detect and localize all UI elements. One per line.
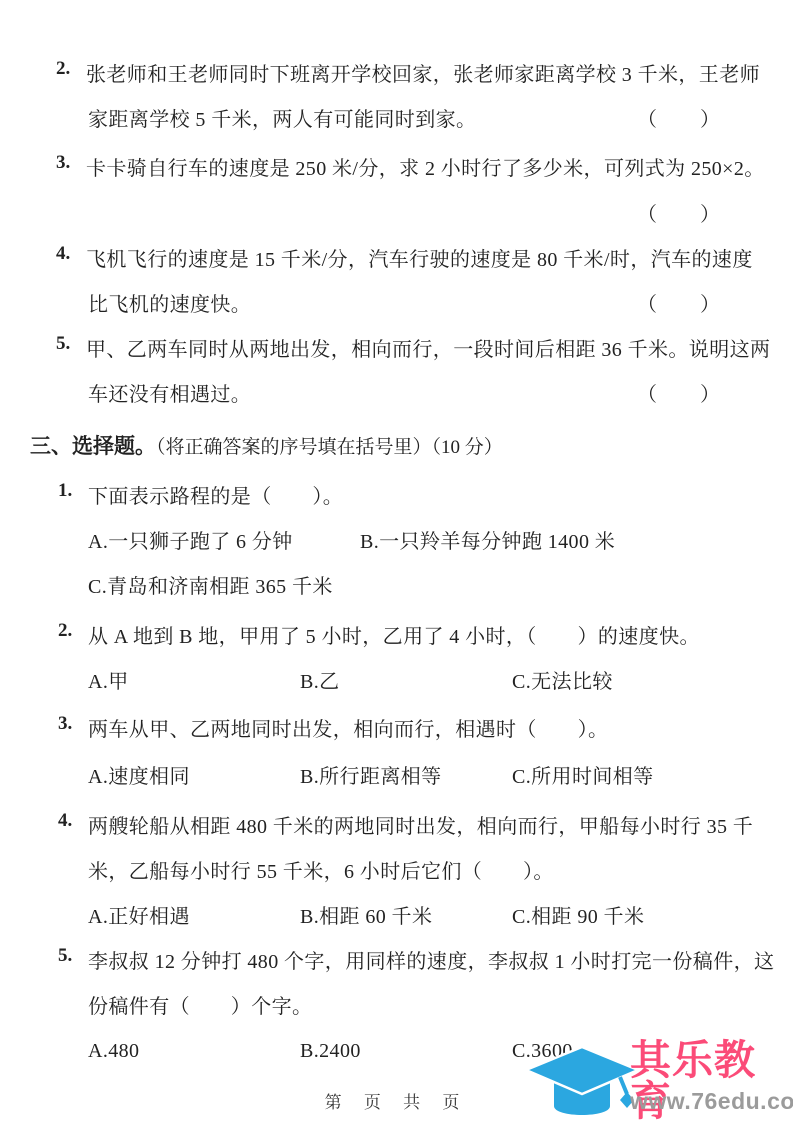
- mc-question-1: 1. 下面表示路程的是（ ）。: [0, 480, 793, 510]
- judgment-question-3-line-1: 3. 卡卡骑自行车的速度是 250 米/分，求 2 小时行了多少米，可列式为 2…: [0, 152, 793, 182]
- mc-question-1-options-row-2: C.青岛和济南相距 365 千米: [0, 570, 793, 600]
- question-text: 卡卡骑自行车的速度是 250 米/分，求 2 小时行了多少米，可列式为 250×…: [86, 152, 765, 181]
- mc-option: B.相距 60 千米: [300, 900, 432, 929]
- judgment-question-2-line-2: 家距离学校 5 千米，两人有可能同时到家。 （ ）: [0, 103, 793, 133]
- question-number: 4.: [58, 810, 72, 832]
- section-heading-row: 三、选择题。（将正确答案的序号填在括号里）（10 分）: [0, 430, 793, 460]
- judgment-question-5-line-1: 5. 甲、乙两车同时从两地出发，相向而行，一段时间后相距 36 千米。说明这两: [0, 333, 793, 363]
- question-text: 飞机飞行的速度是 15 千米/分，汽车行驶的速度是 80 千米/时，汽车的速度: [86, 243, 753, 272]
- section-heading: 三、选择题。（将正确答案的序号填在括号里）（10 分）: [30, 430, 503, 460]
- question-text: 两车从甲、乙两地同时出发，相向而行，相遇时（ ）。: [88, 713, 608, 742]
- mc-option: B.乙: [300, 665, 340, 694]
- judgment-question-5-line-2: 车还没有相遇过。 （ ）: [0, 378, 793, 408]
- question-number: 5.: [56, 333, 70, 355]
- question-number: 1.: [58, 480, 72, 502]
- judgment-question-4-line-1: 4. 飞机飞行的速度是 15 千米/分，汽车行驶的速度是 80 千米/时，汽车的…: [0, 243, 793, 273]
- question-text: 从 A 地到 B 地，甲用了 5 小时，乙用了 4 小时，（ ）的速度快。: [88, 620, 700, 649]
- worksheet-page: 2. 张老师和王老师同时下班离开学校回家，张老师家距离学校 3 千米，王老师 家…: [0, 0, 793, 1122]
- question-number: 3.: [58, 713, 72, 735]
- question-number: 3.: [56, 152, 70, 174]
- mc-option: B.一只羚羊每分钟跑 1400 米: [360, 525, 615, 554]
- judgment-question-4-line-2: 比飞机的速度快。 （ ）: [0, 288, 793, 318]
- question-text: 份稿件有（ ）个字。: [88, 990, 312, 1019]
- mc-question-5-line-2: 份稿件有（ ）个字。: [0, 990, 793, 1020]
- answer-bracket: （ ）: [637, 198, 721, 227]
- mc-option: B.2400: [300, 1040, 361, 1063]
- question-text: 米，乙船每小时行 55 千米，6 小时后它们（ ）。: [88, 855, 554, 884]
- mc-question-2-options: A.甲 B.乙 C.无法比较: [0, 665, 793, 695]
- answer-bracket: （ ）: [637, 103, 721, 132]
- mc-option: A.一只狮子跑了 6 分钟: [88, 525, 293, 554]
- question-number: 5.: [58, 945, 72, 967]
- question-text: 两艘轮船从相距 480 千米的两地同时出发，相向而行，甲船每小时行 35 千: [88, 810, 753, 839]
- mc-question-2: 2. 从 A 地到 B 地，甲用了 5 小时，乙用了 4 小时，（ ）的速度快。: [0, 620, 793, 650]
- mc-question-4-line-2: 米，乙船每小时行 55 千米，6 小时后它们（ ）。: [0, 855, 793, 885]
- section-note: （将正确答案的序号填在括号里）（10 分）: [156, 437, 503, 458]
- answer-bracket: （ ）: [637, 288, 721, 317]
- mc-option: C.所用时间相等: [512, 760, 654, 789]
- question-text: 张老师和王老师同时下班离开学校回家，张老师家距离学校 3 千米，王老师: [86, 58, 760, 87]
- mc-question-4-options: A.正好相遇 B.相距 60 千米 C.相距 90 千米: [0, 900, 793, 930]
- mc-question-5-line-1: 5. 李叔叔 12 分钟打 480 个字，用同样的速度，李叔叔 1 小时打完一份…: [0, 945, 793, 975]
- brand-logo: 其乐教育 www.76edu.com: [518, 1036, 793, 1122]
- question-number: 2.: [56, 58, 70, 80]
- section-title: 三、选择题。: [30, 434, 156, 458]
- mc-question-3: 3. 两车从甲、乙两地同时出发，相向而行，相遇时（ ）。: [0, 713, 793, 743]
- mc-question-3-options: A.速度相同 B.所行距离相等 C.所用时间相等: [0, 760, 793, 790]
- brand-url: www.76edu.com: [630, 1088, 793, 1115]
- mc-option: C.无法比较: [512, 665, 613, 694]
- graduation-cap-icon: [524, 1044, 644, 1122]
- mc-option: A.480: [88, 1040, 139, 1063]
- question-text: 甲、乙两车同时从两地出发，相向而行，一段时间后相距 36 千米。说明这两: [86, 333, 770, 362]
- question-text: 车还没有相遇过。: [88, 378, 251, 407]
- question-number: 4.: [56, 243, 70, 265]
- question-text: 李叔叔 12 分钟打 480 个字，用同样的速度，李叔叔 1 小时打完一份稿件，…: [88, 945, 774, 974]
- mc-option: C.相距 90 千米: [512, 900, 644, 929]
- mc-option: B.所行距离相等: [300, 760, 442, 789]
- mc-option: A.速度相同: [88, 760, 190, 789]
- question-text: 比飞机的速度快。: [88, 288, 251, 317]
- answer-bracket: （ ）: [637, 378, 721, 407]
- mc-option: A.甲: [88, 665, 129, 694]
- question-text: 家距离学校 5 千米，两人有可能同时到家。: [88, 103, 476, 132]
- judgment-question-3-line-2: （ ）: [0, 198, 793, 228]
- mc-option: A.正好相遇: [88, 900, 190, 929]
- question-text: 下面表示路程的是（ ）。: [88, 480, 343, 509]
- mc-question-4-line-1: 4. 两艘轮船从相距 480 千米的两地同时出发，相向而行，甲船每小时行 35 …: [0, 810, 793, 840]
- question-number: 2.: [58, 620, 72, 642]
- mc-question-1-options-row-1: A.一只狮子跑了 6 分钟 B.一只羚羊每分钟跑 1400 米: [0, 525, 793, 555]
- judgment-question-2-line-1: 2. 张老师和王老师同时下班离开学校回家，张老师家距离学校 3 千米，王老师: [0, 58, 793, 88]
- mc-option: C.青岛和济南相距 365 千米: [88, 570, 333, 599]
